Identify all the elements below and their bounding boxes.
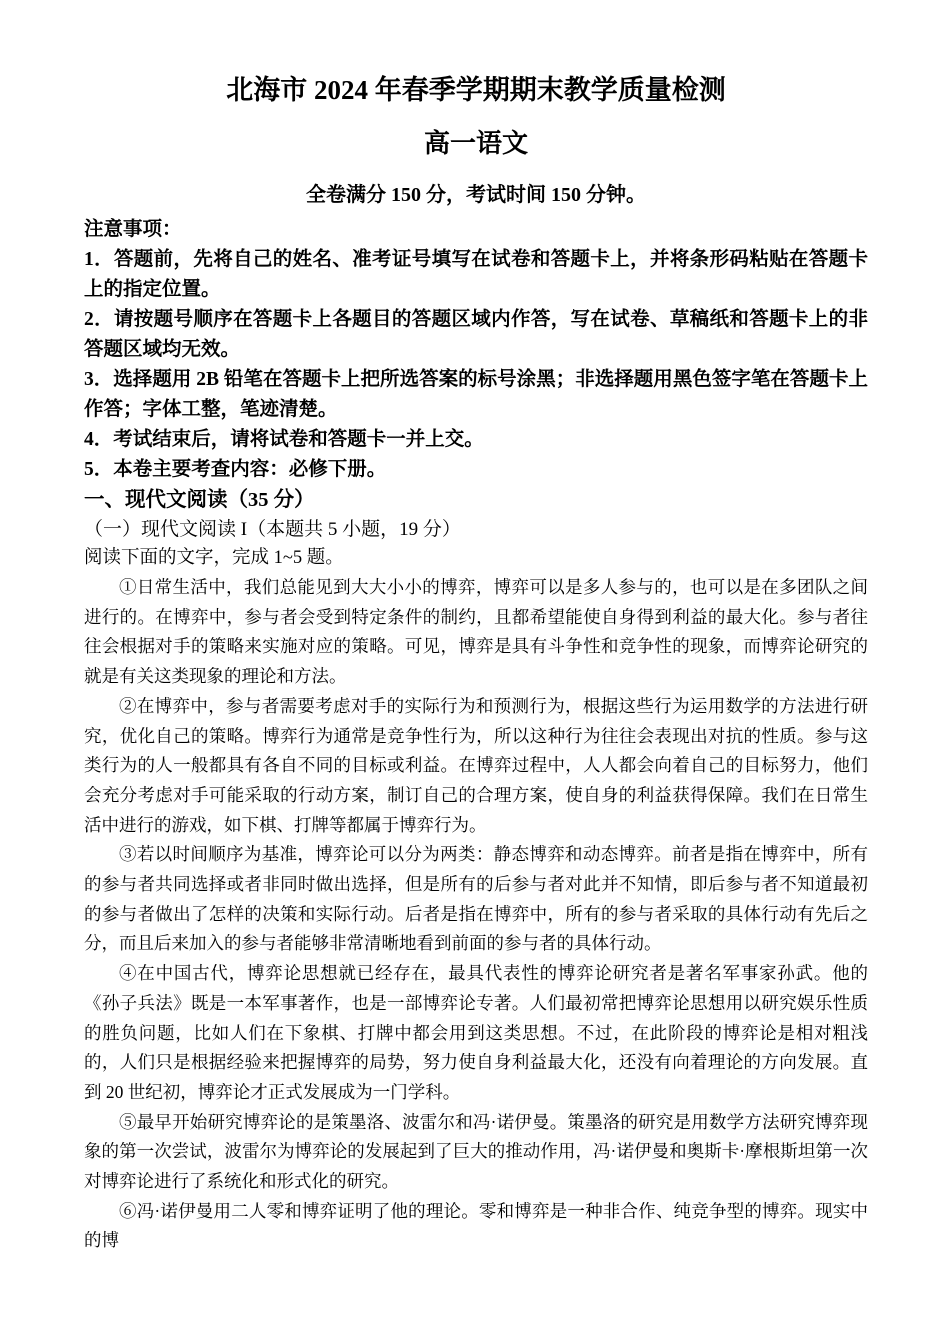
notice-item-3: 3．选择题用 2B 铅笔在答题卡上把所选答案的标号涂黑；非选择题用黑色签字笔在答… bbox=[84, 365, 868, 425]
reading-instruction: 阅读下面的文字，完成 1~5 题。 bbox=[84, 544, 868, 573]
exam-subject-title: 高一语文 bbox=[84, 128, 868, 160]
notice-item-5: 5．本卷主要考查内容：必修下册。 bbox=[84, 455, 868, 485]
notice-item-1: 1．答题前，先将自己的姓名、准考证号填写在试卷和答题卡上，并将条形码粘贴在答题卡… bbox=[84, 245, 868, 305]
notices-label: 注意事项： bbox=[84, 215, 868, 245]
section-heading-modern-reading: 一、现代文阅读（35 分） bbox=[84, 485, 868, 515]
exam-score-time-info: 全卷满分 150 分，考试时间 150 分钟。 bbox=[84, 182, 868, 208]
passage-paragraph-3: ③若以时间顺序为基准，博弈论可以分为两类：静态博弈和动态博弈。前者是指在博弈中，… bbox=[84, 840, 868, 959]
notices-section: 注意事项： 1．答题前，先将自己的姓名、准考证号填写在试卷和答题卡上，并将条形码… bbox=[84, 215, 868, 485]
passage-paragraph-1: ①日常生活中，我们总能见到大大小小的博弈，博弈可以是多人参与的，也可以是在多团队… bbox=[84, 573, 868, 692]
section-subheading-reading-1: （一）现代文阅读 I（本题共 5 小题，19 分） bbox=[84, 515, 868, 544]
passage-paragraph-2: ②在博弈中，参与者需要考虑对手的实际行为和预测行为，根据这些行为运用数学的方法进… bbox=[84, 692, 868, 841]
exam-paper-page: 北海市 2024 年春季学期期末教学质量检测 高一语文 全卷满分 150 分，考… bbox=[0, 0, 950, 1344]
passage-paragraph-4: ④在中国古代，博弈论思想就已经存在，最具代表性的博弈论研究者是著名军事家孙武。他… bbox=[84, 959, 868, 1108]
reading-passage: ①日常生活中，我们总能见到大大小小的博弈，博弈可以是多人参与的，也可以是在多团队… bbox=[84, 573, 868, 1256]
notice-item-2: 2．请按题号顺序在答题卡上各题目的答题区域内作答，写在试卷、草稿纸和答题卡上的非… bbox=[84, 305, 868, 365]
notice-item-4: 4．考试结束后，请将试卷和答题卡一并上交。 bbox=[84, 425, 868, 455]
passage-paragraph-6: ⑥冯·诺伊曼用二人零和博弈证明了他的理论。零和博弈是一种非合作、纯竞争型的博弈。… bbox=[84, 1197, 868, 1256]
passage-paragraph-5: ⑤最早开始研究博弈论的是策墨洛、波雷尔和冯·诺伊曼。策墨洛的研究是用数学方法研究… bbox=[84, 1108, 868, 1197]
page-title: 北海市 2024 年春季学期期末教学质量检测 bbox=[84, 72, 868, 108]
